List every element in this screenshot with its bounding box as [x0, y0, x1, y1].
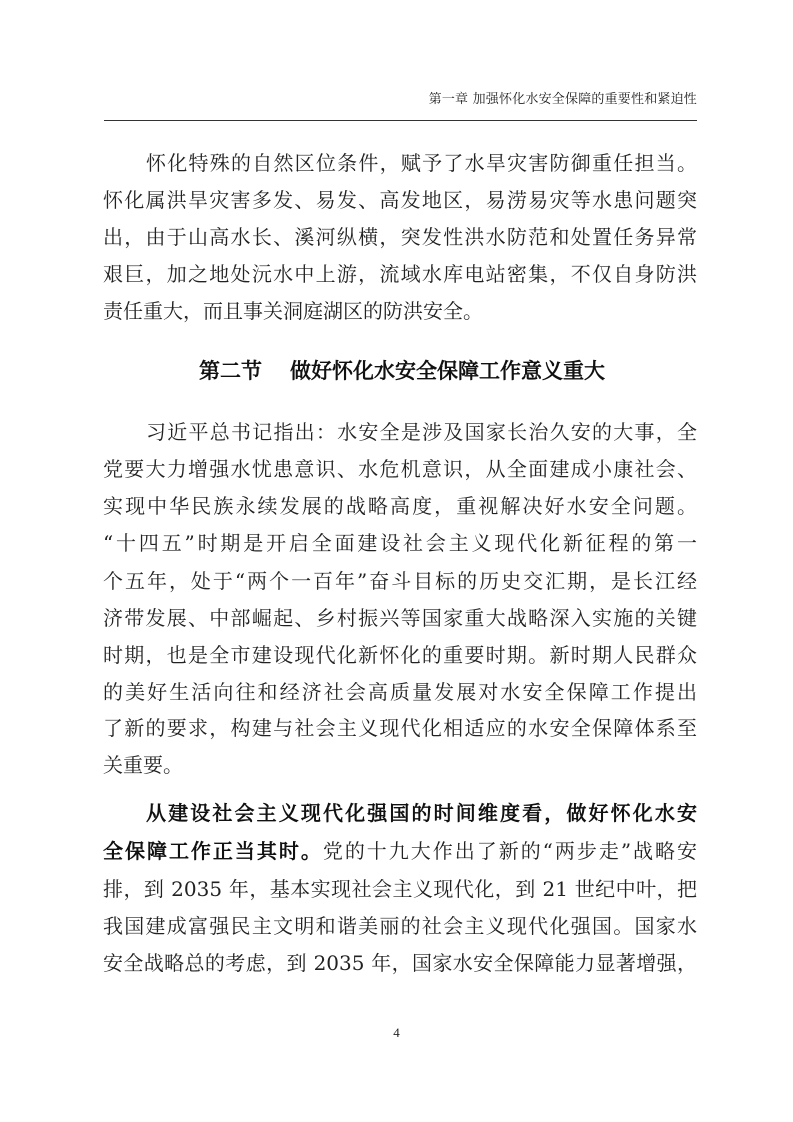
paragraph-line: 党要大力增强水忧患意识、水危机意识，从全面建成小康社会、	[103, 456, 697, 482]
paragraph-line: 的美好生活向往和经济社会高质量发展对水安全保障工作提出	[103, 679, 697, 705]
section-number: 第二节	[199, 358, 262, 383]
paragraph-line: 出，由于山高水长、溪河纵横，突发性洪水防范和处置任务异常	[103, 224, 697, 250]
paragraph-line: 时期，也是全市建设现代化新怀化的重要时期。新时期人民群众	[103, 642, 697, 668]
paragraph-line: 排，到 2035 年，基本实现社会主义现代化，到 21 世纪中叶，把	[103, 876, 697, 902]
bold-lead-sentence: 从建设社会主义现代化强国的时间维度看，做好怀化水安	[146, 800, 697, 826]
running-header: 第一章 加强怀化水安全保障的重要性和紧迫性	[104, 88, 697, 107]
paragraph-line: “十四五”时期是开启全面建设社会主义现代化新征程的第一	[103, 530, 697, 556]
paragraph-line: 全保障工作正当其时。党的十九大作出了新的“两步走”战略安	[103, 838, 697, 864]
paragraph-line: 个五年，处于“两个一百年”奋斗目标的历史交汇期，是长江经	[103, 568, 697, 594]
paragraph-line: 了新的要求，构建与社会主义现代化相适应的水安全保障体系至	[103, 715, 697, 741]
paragraph-line: 怀化属洪旱灾害多发、易发、高发地区，易涝易灾等水患问题突	[103, 187, 697, 213]
paragraph-line: 我国建成富强民主文明和谐美丽的社会主义现代化强国。国家水	[103, 913, 697, 939]
paragraph-line: 关重要。	[103, 752, 697, 778]
paragraph-line: 实现中华民族永续发展的战略高度，重视解决好水安全问题。	[103, 493, 697, 519]
section-heading: 第二节做好怀化水安全保障工作意义重大	[199, 357, 604, 385]
paragraph-line: 责任重大，而且事关洞庭湖区的防洪安全。	[103, 298, 697, 324]
paragraph-line: 济带发展、中部崛起、乡村振兴等国家重大战略深入实施的关键	[103, 605, 697, 631]
paragraph-line: 安全战略总的考虑，到 2035 年，国家水安全保障能力显著增强，	[103, 950, 697, 976]
page-number: 4	[0, 1025, 793, 1041]
section-title: 做好怀化水安全保障工作意义重大	[290, 358, 605, 383]
paragraph-line: 习近平总书记指出：水安全是涉及国家长治久安的大事，全	[146, 419, 697, 445]
paragraph-text: 党的十九大作出了新的“两步走”战略安	[323, 839, 697, 863]
bold-lead-sentence-end: 全保障工作正当其时。	[103, 839, 323, 863]
paragraph-line: 怀化特殊的自然区位条件，赋予了水旱灾害防御重任担当。	[146, 150, 697, 176]
header-rule	[104, 120, 697, 121]
paragraph-line: 艰巨，加之地处沅水中上游，流域水库电站密集，不仅自身防洪	[103, 261, 697, 287]
